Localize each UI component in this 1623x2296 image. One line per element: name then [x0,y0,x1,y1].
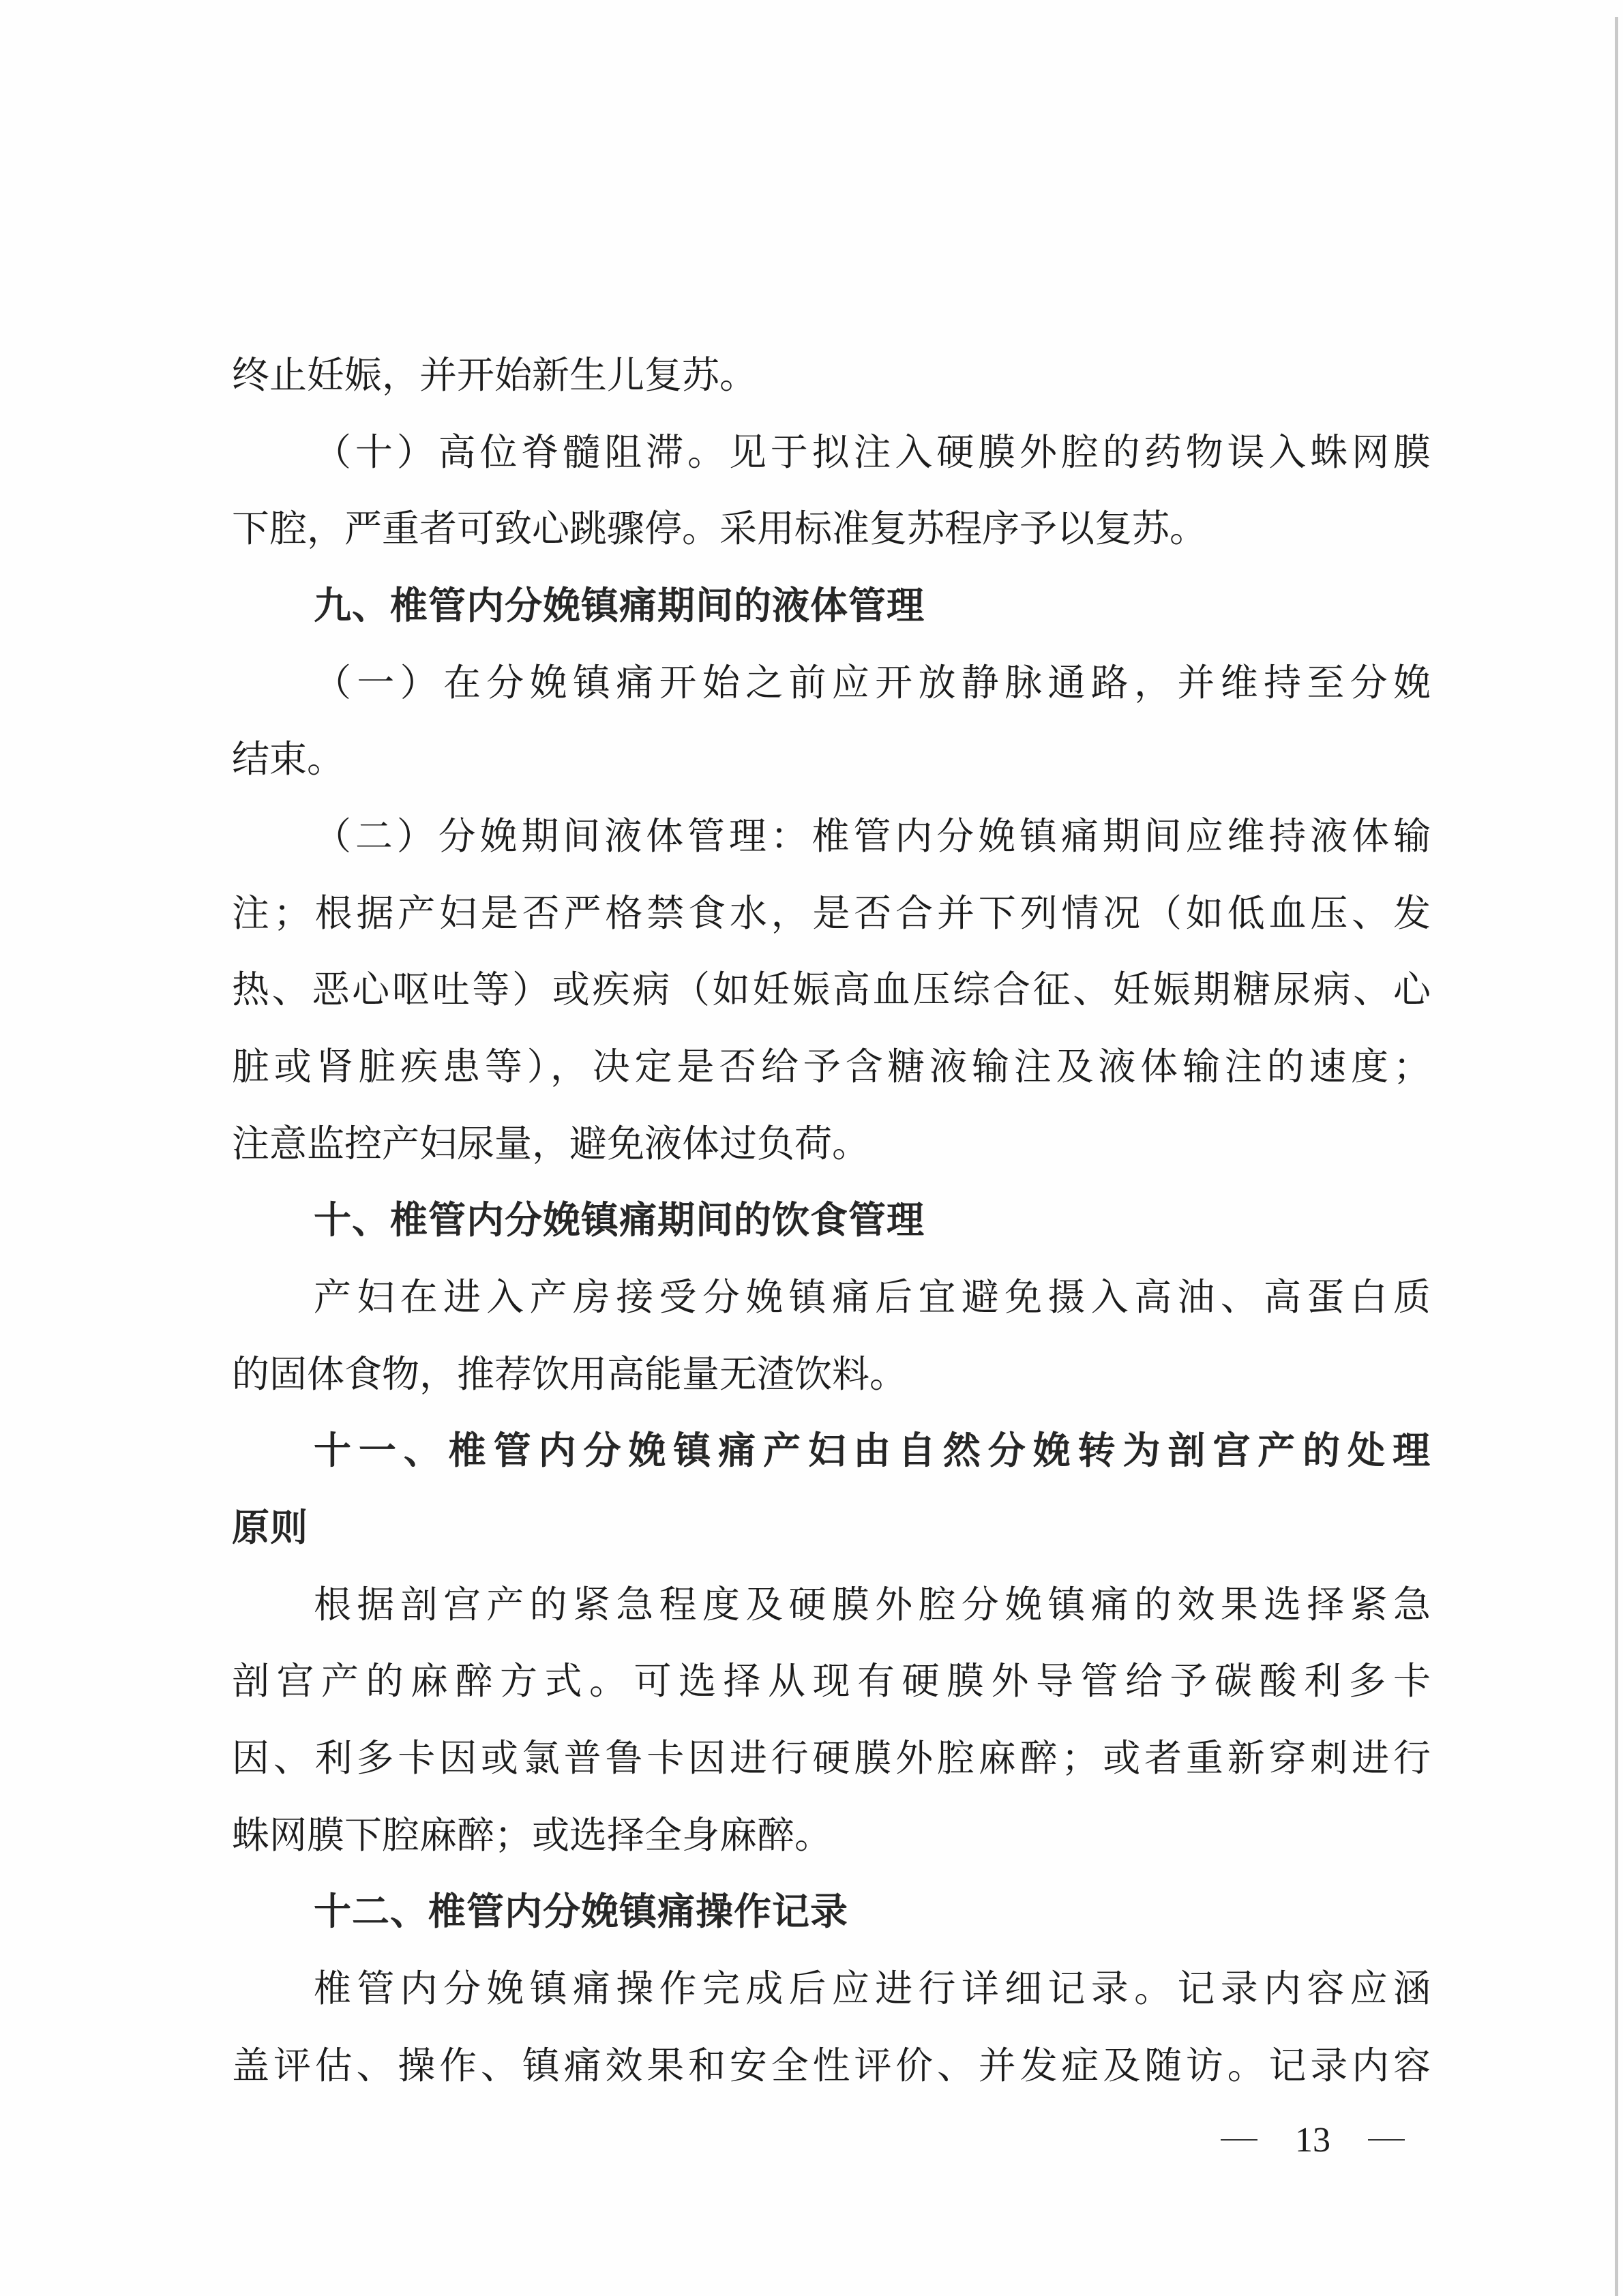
body-line: 终止妊娠，并开始新生儿复苏。 [232,348,1431,402]
body-line: 椎管内分娩镇痛操作完成后应进行详细记录。记录内容应涵 [314,1961,1431,2016]
dash-left [1221,2139,1257,2141]
body-line: 蛛网膜下腔麻醉；或选择全身麻醉。 [232,1808,1431,1862]
section-heading-9: 九、椎管内分娩镇痛期间的液体管理 [314,578,1431,633]
section-heading-11: 十一、椎管内分娩镇痛产妇由自然分娩转为剖宫产的处理 [314,1423,1431,1478]
body-line: （十）高位脊髓阻滞。见于拟注入硬膜外腔的药物误入蛛网膜 [314,425,1431,479]
body-line: 热、恶心呕吐等）或疾病（如妊娠高血压综合征、妊娠期糖尿病、心 [232,962,1431,1017]
body-line: 脏或肾脏疾患等），决定是否给予含糖液输注及液体输注的速度； [232,1039,1431,1094]
body-line: 盖评估、操作、镇痛效果和安全性评价、并发症及随访。记录内容 [232,2038,1431,2093]
section-heading-12: 十二、椎管内分娩镇痛操作记录 [314,1884,1431,1939]
scan-edge-shadow [1615,17,1618,2296]
body-line: 下腔，严重者可致心跳骤停。采用标准复苏程序予以复苏。 [232,501,1431,556]
body-line: 剖宫产的麻醉方式。可选择从现有硬膜外导管给予碳酸利多卡 [232,1654,1431,1708]
body-line: （二）分娩期间液体管理：椎管内分娩镇痛期间应维持液体输 [314,809,1431,863]
body-line: （一）在分娩镇痛开始之前应开放静脉通路，并维持至分娩 [314,655,1431,710]
body-line: 结束。 [232,732,1431,786]
section-heading-10: 十、椎管内分娩镇痛期间的饮食管理 [314,1193,1431,1247]
body-line: 注；根据产妇是否严格禁食水，是否合并下列情况（如低血压、发 [232,886,1431,940]
body-line: 产妇在进入产房接受分娩镇痛后宜避免摄入高油、高蛋白质 [314,1270,1431,1324]
body-line: 的固体食物，推荐饮用高能量无渣饮料。 [232,1347,1431,1401]
dash-right [1368,2139,1405,2141]
body-line: 注意监控产妇尿量，避免液体过负荷。 [232,1116,1431,1171]
body-line: 根据剖宫产的紧急程度及硬膜外腔分娩镇痛的效果选择紧急 [314,1577,1431,1632]
page-number-value: 13 [1295,2120,1330,2160]
body-line: 因、利多卡因或氯普鲁卡因进行硬膜外腔麻醉；或者重新穿刺进行 [232,1731,1431,1785]
page-number: 13 [1221,2117,1405,2162]
section-heading-11-continued: 原则 [232,1500,1431,1555]
document-page: 终止妊娠，并开始新生儿复苏。 （十）高位脊髓阻滞。见于拟注入硬膜外腔的药物误入蛛… [0,0,1623,2296]
